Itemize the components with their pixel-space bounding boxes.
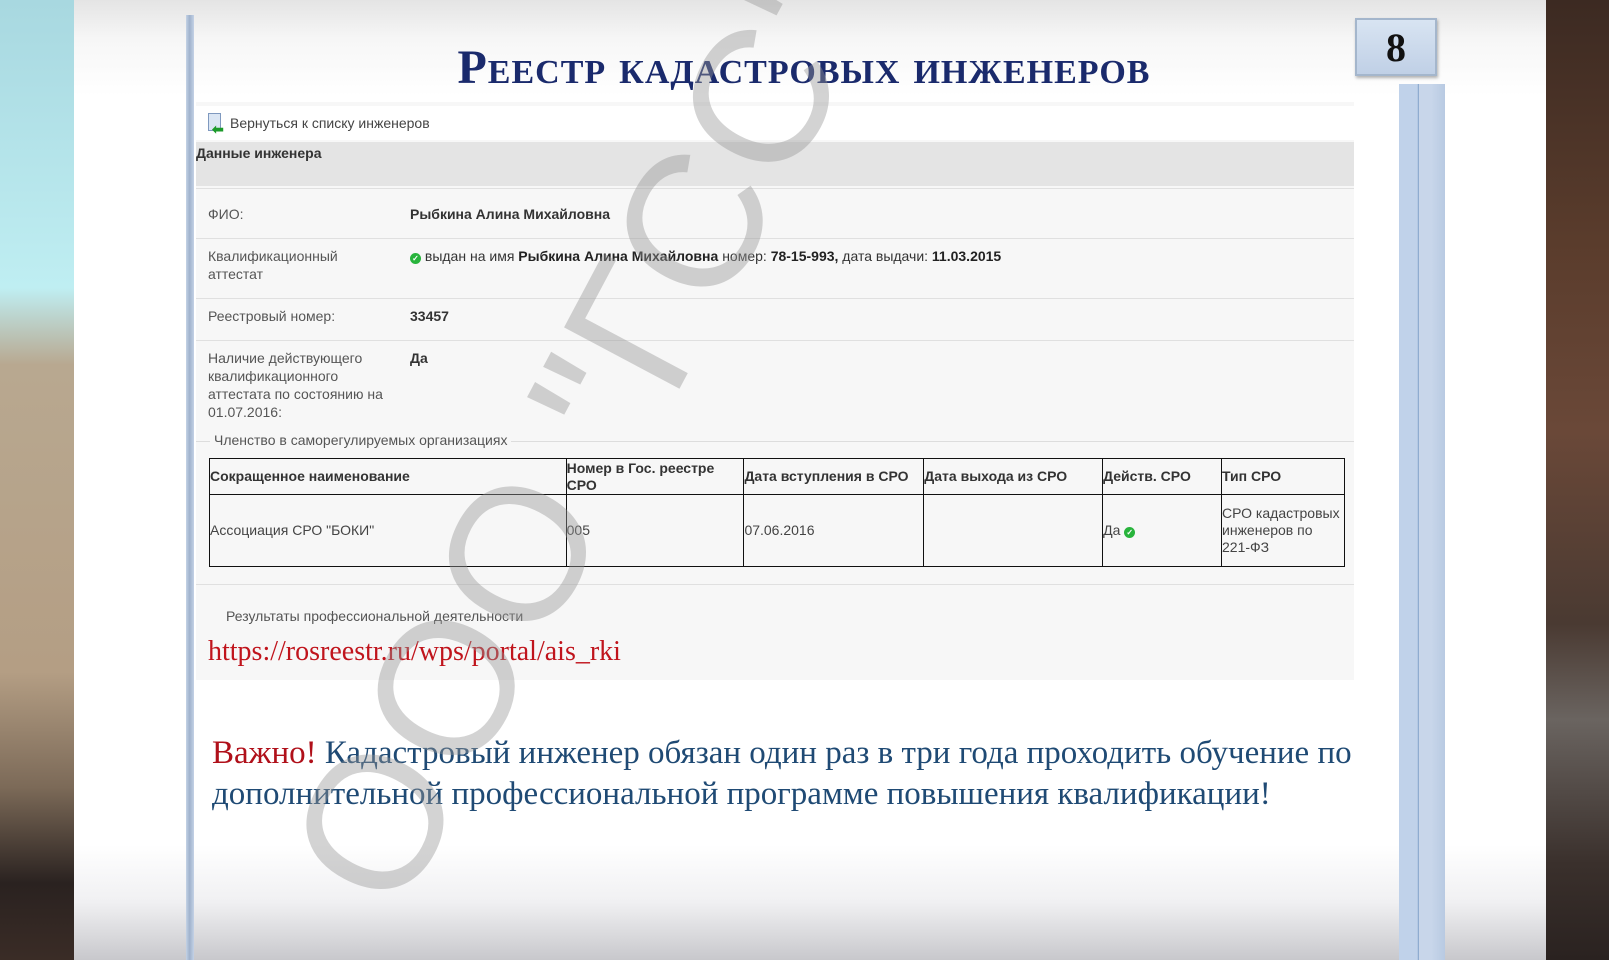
presentation-slide: Реестр кадастровых инженеров 8 ⬅ Вернуть… (74, 0, 1546, 960)
attestat-number-label: номер: (722, 248, 767, 264)
video-background-right (1546, 0, 1609, 960)
registry-value: 33457 (410, 307, 449, 325)
row-attestat: Квалификационный аттестат ✓ выдан на имя… (196, 238, 1354, 298)
valid-label: Наличие действующего квалификационного а… (208, 349, 398, 421)
registry-web-page: ⬅ Вернуться к списку инженеров Данные ин… (196, 102, 1354, 680)
right-decor-rule (1399, 84, 1445, 960)
cell-sro-active: Да ✓ (1103, 495, 1222, 567)
cell-sro-number: 005 (566, 495, 744, 567)
important-note: Важно! Кадастровый инженер обязан один р… (212, 733, 1362, 815)
col-header: Дата вступления в СРО (744, 459, 924, 495)
sro-active-value: Да (1103, 522, 1120, 538)
col-header: Номер в Гос. реестре СРО (566, 459, 744, 495)
check-circle-icon: ✓ (410, 253, 421, 264)
attestat-date-label: дата выдачи: (842, 248, 928, 264)
attestat-name: Рыбкина Алина Михайловна (518, 248, 718, 264)
attestat-label: Квалификационный аттестат (208, 247, 358, 283)
attestat-prefix: выдан на имя (425, 248, 515, 264)
back-to-list-link[interactable]: ⬅ Вернуться к списку инженеров (196, 106, 1354, 140)
slide-title: Реестр кадастровых инженеров (374, 40, 1234, 95)
attestat-number: 78-15-993, (771, 248, 839, 264)
check-circle-icon: ✓ (1124, 527, 1135, 538)
col-header: Действ. СРО (1103, 459, 1222, 495)
registry-label: Реестровый номер: (208, 307, 335, 325)
row-registry-number: Реестровый номер: 33457 (196, 298, 1354, 340)
note-text: Кадастровый инженер обязан один раз в тр… (212, 735, 1352, 812)
results-label: Результаты профессиональной деятельности (226, 608, 523, 624)
section-title: Данные инженера (196, 142, 1354, 186)
cell-exit-date (924, 495, 1103, 567)
sro-membership-table: Сокращенное наименование Номер в Гос. ре… (209, 458, 1345, 567)
left-decor-rule (186, 15, 194, 960)
video-background-left (0, 0, 74, 960)
divider (196, 584, 1354, 585)
back-document-icon: ⬅ (206, 112, 226, 134)
table-row: Ассоциация СРО "БОКИ" 005 07.06.2016 Да … (210, 495, 1345, 567)
page-number-badge: 8 (1355, 18, 1437, 76)
cell-sro-type: СРО кадастровых инженеров по 221-ФЗ (1222, 495, 1345, 567)
valid-value: Да (410, 349, 428, 367)
membership-legend: Членство в саморегулируемых организациях (210, 432, 511, 448)
col-header: Дата выхода из СРО (924, 459, 1103, 495)
fio-value: Рыбкина Алина Михайловна (410, 205, 610, 223)
back-link-label: Вернуться к списку инженеров (230, 115, 430, 131)
fio-label: ФИО: (208, 205, 244, 223)
cell-sro-name: Ассоциация СРО "БОКИ" (210, 495, 567, 567)
cell-join-date: 07.06.2016 (744, 495, 924, 567)
attestat-value: ✓ выдан на имя Рыбкина Алина Михайловна … (410, 247, 1001, 265)
col-header: Тип СРО (1222, 459, 1345, 495)
row-fio: ФИО: Рыбкина Алина Михайловна (196, 188, 1354, 238)
rosreestr-url-link[interactable]: https://rosreestr.ru/wps/portal/ais_rki (208, 636, 621, 668)
note-accent: Важно! (212, 735, 317, 771)
table-header-row: Сокращенное наименование Номер в Гос. ре… (210, 459, 1345, 495)
col-header: Сокращенное наименование (210, 459, 567, 495)
row-valid-attestat: Наличие действующего квалификационного а… (196, 340, 1354, 432)
attestat-date: 11.03.2015 (932, 248, 1001, 264)
